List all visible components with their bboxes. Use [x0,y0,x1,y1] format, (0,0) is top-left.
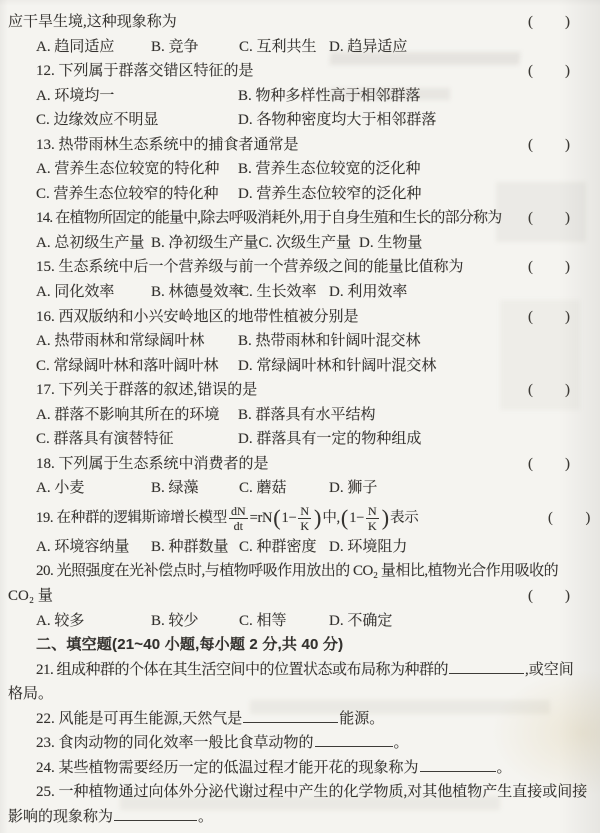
fill-in-pre: 25. 一种植物通过向体外分泌代谢过程中产生的化学物质,对其他植物产生直接或间接 [36,780,587,805]
option-c: C. 营养生态位较窄的特化种 [36,182,238,207]
question-21-line1: 21. 组成种群的个体在其生活空间中的位置状态或布局称为种群的 ,或空间 [8,658,590,683]
option-d: D. 利用效率 [329,280,407,305]
question-stem: 19. 在种群的逻辑斯谛增长模型 [36,501,227,535]
section-2-header: 二、填空题(21~40 小题,每小题 2 分,共 40 分) [8,633,590,658]
question-stem: 17. 下列关于群落的叙述,错误的是 [36,378,257,403]
bracket-open: ( [528,133,533,158]
answer-brackets: () [528,255,570,280]
option-d: D. 不确定 [329,609,392,634]
stem-tail: 表示 [390,501,418,535]
paren-close: ) [314,501,321,536]
option-d: D. 趋异适应 [329,35,407,60]
equation-rn: =rN [250,501,273,535]
question-15-stem-line: 15. 生态系统中后一个营养级与前一个营养级之间的能量比值称为 () [8,255,590,280]
option-b: B. 竞争 [151,35,239,60]
answer-brackets: () [528,59,570,84]
bracket-close: ) [565,59,570,84]
option-c: C. 种群密度 [239,535,329,560]
question-19-options: A. 环境容纳量 B. 种群数量 C. 种群密度 D. 环境阻力 [8,535,590,560]
question-stem: 应干旱生境,这种现象称为 [8,10,177,35]
bracket-close: ) [585,501,590,535]
option-d: D. 营养生态位较窄的泛化种 [238,182,421,207]
option-a: A. 热带雨林和常绿阔叶林 [36,329,238,354]
option-b: B. 净初级生产量 [151,231,259,256]
option-d: D. 各物种密度均大于相邻群落 [238,108,436,133]
option-b: B. 种群数量 [151,535,239,560]
fraction-numerator: N [366,505,379,520]
option-c: C. 蘑菇 [239,476,329,501]
question-stem: 12. 下列属于群落交错区特征的是 [36,59,254,84]
fraction-n-k: NK [298,505,311,533]
fill-in-post: 能源。 [339,707,384,732]
question-stem: 18. 下列属于生态系统中消费者的是 [36,452,269,477]
exam-page: 应干旱生境,这种现象称为 () A. 趋同适应 B. 竞争 C. 互利共生 D.… [0,0,600,833]
option-b: B. 热带雨林和针阔叶混交林 [238,329,421,354]
bracket-open: ( [528,206,533,231]
question-stem: 13. 热带雨林生态系统中的捕食者通常是 [36,133,299,158]
option-b: B. 较少 [151,609,239,634]
bracket-close: ) [565,305,570,330]
question-24-line: 24. 某些植物需要经历一定的低温过程才能开花的现象称为 。 [8,756,590,781]
option-c: C. 群落具有演替特征 [36,427,238,452]
option-a: A. 总初级生产量 [36,231,151,256]
question-stem-continued: CO₂ 量 [8,584,53,609]
option-d: D. 生物量 [359,231,422,256]
answer-brackets: () [528,452,570,477]
option-b: B. 物种多样性高于相邻群落 [238,84,421,109]
option-a: A. 小麦 [36,476,151,501]
answer-brackets: () [548,501,590,535]
option-c: C. 生长效率 [239,280,329,305]
fraction-denominator: dt [234,519,243,533]
question-15-options: A. 同化效率 B. 林德曼效率 C. 生长效率 D. 利用效率 [8,280,590,305]
fill-in-blank [315,731,393,747]
bracket-close: ) [565,255,570,280]
fill-in-blank [114,805,197,821]
option-a: A. 群落不影响其所在的环境 [36,403,238,428]
option-d: D. 环境阻力 [329,535,407,560]
question-stem: 20. 光照强度在光补偿点时,与植物呼吸作用放出的 CO₂ 量相比,植物光合作用… [36,559,558,584]
fraction-denominator: K [368,519,377,533]
question-17-options-row2: C. 群落具有演替特征 D. 群落具有一定的物种组成 [8,427,590,452]
option-a: A. 营养生态位较宽的特化种 [36,157,238,182]
option-a: A. 环境均一 [36,84,238,109]
answer-brackets: () [528,378,570,403]
question-12-options-row2: C. 边缘效应不明显 D. 各物种密度均大于相邻群落 [8,108,590,133]
question-20-stem-line1: 20. 光照强度在光补偿点时,与植物呼吸作用放出的 CO₂ 量相比,植物光合作用… [8,559,590,584]
question-13-options-row2: C. 营养生态位较窄的特化种 D. 营养生态位较窄的泛化种 [8,182,590,207]
fraction-numerator: N [298,505,311,520]
fill-in-pre: 24. 某些植物需要经历一定的低温过程才能开花的现象称为 [36,756,419,781]
option-a: A. 较多 [36,609,151,634]
paren-open: ( [273,501,280,536]
question-16-options-row1: A. 热带雨林和常绿阔叶林 B. 热带雨林和针阔叶混交林 [8,329,590,354]
answer-brackets: () [528,206,570,231]
answer-brackets: () [528,10,570,35]
question-25-line1: 25. 一种植物通过向体外分泌代谢过程中产生的化学物质,对其他植物产生直接或间接 [8,780,590,805]
question-17-options-row1: A. 群落不影响其所在的环境 B. 群落具有水平结构 [8,403,590,428]
question-23-line: 23. 食肉动物的同化效率一般比食草动物的 。 [8,731,590,756]
fill-in-continued: 格局。 [8,682,53,707]
bracket-close: ) [565,378,570,403]
option-b: B. 林德曼效率 [151,280,239,305]
option-c: C. 互利共生 [239,35,329,60]
answer-brackets: () [528,133,570,158]
option-a: A. 环境容纳量 [36,535,151,560]
fill-in-pre: 21. 组成种群的个体在其生活空间中的位置状态或布局称为种群的 [36,658,448,683]
bracket-close: ) [565,10,570,35]
fill-in-pre: 22. 风能是可再生能源,天然气是 [36,707,242,732]
bracket-open: ( [528,59,533,84]
bracket-open: ( [528,378,533,403]
question-18-options: A. 小麦 B. 绿藻 C. 蘑菇 D. 狮子 [8,476,590,501]
option-c: C. 次级生产量 [259,231,352,256]
question-20-stem-line2: CO₂ 量 () [8,584,590,609]
question-18-stem-line: 18. 下列属于生态系统中消费者的是 () [8,452,590,477]
fill-in-blank [243,707,338,723]
question-14-options: A. 总初级生产量 B. 净初级生产量 C. 次级生产量 D. 生物量 [8,231,590,256]
paren-open: ( [341,501,348,536]
question-12-stem-line: 12. 下列属于群落交错区特征的是 () [8,59,590,84]
bracket-close: ) [565,133,570,158]
option-d: D. 常绿阔叶林和针阔叶混交林 [238,354,436,379]
question-21-line2: 格局。 [8,682,590,707]
bracket-close: ) [565,584,570,609]
answer-brackets: () [528,584,570,609]
fraction-numerator: dN [229,505,248,520]
option-a: A. 趋同适应 [36,35,151,60]
question-17-stem-line: 17. 下列关于群落的叙述,错误的是 () [8,378,590,403]
fill-in-blank [449,658,524,674]
question-14-stem-line: 14. 在植物所固定的能量中,除去呼吸消耗外,用于自身生殖和生长的部分称为 () [8,206,590,231]
option-d: D. 群落具有一定的物种组成 [238,427,421,452]
one-minus: 1− [282,501,297,535]
option-c: C. 常绿阔叶林和落叶阔叶林 [36,354,238,379]
fill-in-post: 。 [497,756,512,781]
bracket-open: ( [528,584,533,609]
option-b: B. 营养生态位较宽的泛化种 [238,157,421,182]
fraction-denominator: K [300,519,309,533]
question-16-stem-line: 16. 西双版纳和小兴安岭地区的地带性植被分别是 () [8,305,590,330]
question-25-line2: 影响的现象称为 。 [8,805,590,830]
paren-close: ) [382,501,389,536]
option-d: D. 狮子 [329,476,377,501]
question-13-options-row1: A. 营养生态位较宽的特化种 B. 营养生态位较宽的泛化种 [8,157,590,182]
fraction-dn-dt: dNdt [229,505,248,533]
one-minus: 1− [349,501,364,535]
bracket-open: ( [548,501,553,535]
fraction-n-k: NK [366,505,379,533]
answer-brackets: () [528,305,570,330]
question-22-line: 22. 风能是可再生能源,天然气是 能源。 [8,707,590,732]
question-13-stem-line: 13. 热带雨林生态系统中的捕食者通常是 () [8,133,590,158]
question-19-stem-line: 19. 在种群的逻辑斯谛增长模型 dNdt =rN ( 1− NK ) 中, (… [8,501,590,535]
option-a: A. 同化效率 [36,280,151,305]
section-title: 二、填空题(21~40 小题,每小题 2 分,共 40 分) [36,633,343,658]
question-11-stem-line: 应干旱生境,这种现象称为 () [8,10,590,35]
option-c: C. 边缘效应不明显 [36,108,238,133]
bracket-open: ( [528,10,533,35]
bracket-open: ( [528,255,533,280]
fill-in-post: ,或空间 [525,658,574,683]
bracket-open: ( [528,452,533,477]
question-20-options: A. 较多 B. 较少 C. 相等 D. 不确定 [8,609,590,634]
option-b: B. 群落具有水平结构 [238,403,376,428]
fill-in-blank [420,756,496,772]
bracket-close: ) [565,452,570,477]
question-stem: 15. 生态系统中后一个营养级与前一个营养级之间的能量比值称为 [36,255,464,280]
fill-in-post: 。 [198,805,213,830]
fill-in-continued: 影响的现象称为 [8,805,113,830]
question-stem: 16. 西双版纳和小兴安岭地区的地带性植被分别是 [36,305,359,330]
fill-in-post: 。 [394,731,409,756]
stem-middle: 中, [322,501,340,535]
question-11-options: A. 趋同适应 B. 竞争 C. 互利共生 D. 趋异适应 [8,35,590,60]
option-c: C. 相等 [239,609,329,634]
fill-in-pre: 23. 食肉动物的同化效率一般比食草动物的 [36,731,314,756]
bracket-close: ) [565,206,570,231]
option-b: B. 绿藻 [151,476,239,501]
question-16-options-row2: C. 常绿阔叶林和落叶阔叶林 D. 常绿阔叶林和针阔叶混交林 [8,354,590,379]
question-stem: 14. 在植物所固定的能量中,除去呼吸消耗外,用于自身生殖和生长的部分称为 [36,206,501,231]
bracket-open: ( [528,305,533,330]
question-12-options-row1: A. 环境均一 B. 物种多样性高于相邻群落 [8,84,590,109]
